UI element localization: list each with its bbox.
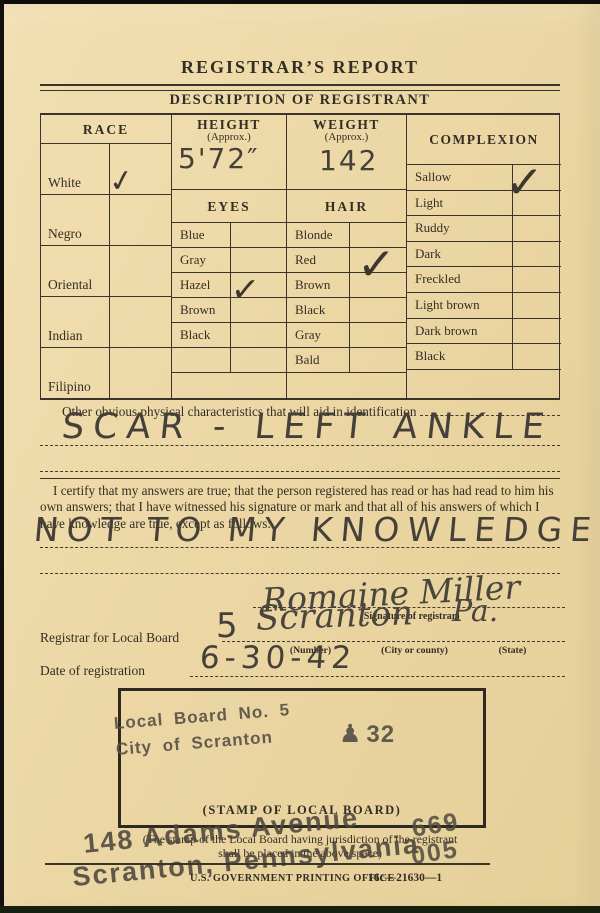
date-of-registration-label: Date of registration (40, 663, 145, 679)
registrar-board-label: Registrar for Local Board (40, 630, 179, 646)
figure-stamp-icon (339, 721, 361, 747)
race-option-label: Indian (41, 297, 109, 347)
date-handwritten-value: 6-30-42 (199, 640, 358, 676)
eyes-row-blue: Blue (172, 223, 286, 248)
hair-check-cell (349, 298, 406, 322)
eyes-option-label: Black (172, 323, 230, 347)
scan-edge-top (0, 0, 600, 4)
hair-row-gray: Gray (287, 323, 406, 348)
weight-approx-label: (Approx.) (287, 132, 406, 144)
hair-check-cell (349, 323, 406, 347)
weight-value-cell: 142 (287, 151, 406, 190)
hair-brown-checkmark: ✓ (356, 240, 396, 287)
complexion-check-cell (512, 319, 561, 344)
height-value-cell: 5'72″ (172, 151, 286, 190)
complexion-option-label: Black (407, 344, 512, 369)
hair-option-label: Red (287, 248, 349, 272)
eyes-row-brown: Brown (172, 298, 286, 323)
hair-row-black: Black (287, 298, 406, 323)
race-header: RACE (41, 115, 171, 144)
eyes-row-empty (172, 348, 286, 373)
height-header-label: HEIGHT (172, 118, 286, 132)
weight-header-label: WEIGHT (287, 118, 406, 132)
race-option-label: White (41, 144, 109, 194)
eyes-option-label (172, 348, 230, 372)
eyes-check-cell (230, 348, 286, 372)
registration-card-scan: REGISTRAR’S REPORT DESCRIPTION OF REGIST… (0, 0, 600, 913)
board-state-handwritten: Pa. (452, 594, 498, 629)
complexion-row-dark-brown: Dark brown (407, 319, 561, 345)
complexion-option-label: Freckled (407, 267, 512, 292)
complexion-row-light-brown: Light brown (407, 293, 561, 319)
race-option-label: Filipino (41, 348, 109, 398)
complexion-row-ruddy: Ruddy (407, 216, 561, 242)
complexion-option-label: Dark brown (407, 319, 512, 344)
eyes-option-label: Blue (172, 223, 230, 247)
page-title: REGISTRAR’S REPORT (0, 57, 600, 78)
complexion-check-cell (512, 293, 561, 318)
hair-option-label: Bald (287, 348, 349, 372)
section-heading: DESCRIPTION OF REGISTRANT (0, 92, 600, 109)
eyes-check-cell (230, 248, 286, 272)
stamp-number: 32 (366, 723, 395, 747)
complexion-check-cell (512, 344, 561, 369)
description-table: RACE White Negro Oriental Indian (40, 113, 560, 400)
form-number-text: 16c—21630—1 (368, 872, 442, 884)
dashed-rule (40, 547, 560, 548)
hair-row-bald: Bald (287, 348, 406, 373)
eyes-row-hazel: Hazel (172, 273, 286, 298)
complexion-option-label: Ruddy (407, 216, 512, 241)
complexion-option-label: Light brown (407, 293, 512, 318)
complexion-row-dark: Dark (407, 242, 561, 268)
race-row-oriental: Oriental (41, 246, 171, 297)
race-row-negro: Negro (41, 195, 171, 246)
height-eyes-column: HEIGHT (Approx.) 5'72″ EYES Blue Gray Ha… (171, 115, 286, 398)
double-rule (40, 84, 560, 91)
printing-office-text: U.S. GOVERNMENT PRINTING OFFICE (190, 873, 395, 884)
eyes-check-cell (230, 223, 286, 247)
complexion-check-cell (512, 267, 561, 292)
bottom-rule (45, 863, 490, 865)
number-32-stamp: 32 (339, 721, 395, 747)
complexion-light-checkmark: ✓ (504, 158, 544, 205)
complexion-option-label: Light (407, 191, 512, 216)
eyes-row-black: Black (172, 323, 286, 348)
race-option-label: Oriental (41, 246, 109, 296)
eyes-option-label: Brown (172, 298, 230, 322)
board-city-handwritten: Scranton (255, 593, 413, 638)
race-white-checkmark: ✓ (107, 165, 137, 199)
complexion-option-label: Sallow (407, 165, 512, 190)
complexion-row-black: Black (407, 344, 561, 370)
race-check-cell (109, 297, 171, 347)
race-row-indian: Indian (41, 297, 171, 348)
eyes-option-label: Hazel (172, 273, 230, 297)
dashed-double-rule (40, 471, 560, 479)
complexion-option-label: Dark (407, 242, 512, 267)
complexion-check-cell (512, 216, 561, 241)
weight-handwritten-value: 142 (319, 144, 378, 177)
race-check-cell (109, 195, 171, 245)
race-row-filipino: Filipino (41, 348, 171, 398)
complexion-row-freckled: Freckled (407, 267, 561, 293)
hair-header: HAIR (287, 190, 406, 223)
eyes-header: EYES (172, 190, 286, 223)
state-caption: (State) (480, 645, 545, 656)
city-caption: (City or county) (362, 645, 467, 656)
certification-exception-handwritten: NOT TO MY KNOWLEDGE (32, 510, 600, 549)
race-rows: White Negro Oriental Indian Filipino (41, 144, 171, 398)
hair-option-label: Black (287, 298, 349, 322)
other-characteristics-handwritten-value: SCAR - LEFT ANKLE (60, 407, 555, 447)
hair-check-cell (349, 348, 406, 372)
hair-option-label: Brown (287, 273, 349, 297)
serial-number-stamp: 669 005 (410, 809, 466, 870)
hair-option-label: Blonde (287, 223, 349, 247)
complexion-check-cell (512, 242, 561, 267)
eyes-row-gray: Gray (172, 248, 286, 273)
eyes-option-label: Gray (172, 248, 230, 272)
race-option-label: Negro (41, 195, 109, 245)
eyes-brown-checkmark: ✓ (230, 272, 261, 308)
hair-option-label: Gray (287, 323, 349, 347)
eyes-check-cell (230, 323, 286, 347)
race-column: RACE White Negro Oriental Indian (41, 115, 171, 398)
scan-edge-left (0, 0, 4, 913)
date-rule (190, 676, 565, 677)
race-check-cell (109, 348, 171, 398)
height-handwritten-value: 5'72″ (178, 142, 260, 175)
race-check-cell (109, 246, 171, 296)
dashed-rule (40, 445, 560, 446)
local-board-rubber-stamp: Local Board No. 5 City of Scranton (113, 697, 293, 762)
scan-edge-bottom (0, 906, 600, 913)
